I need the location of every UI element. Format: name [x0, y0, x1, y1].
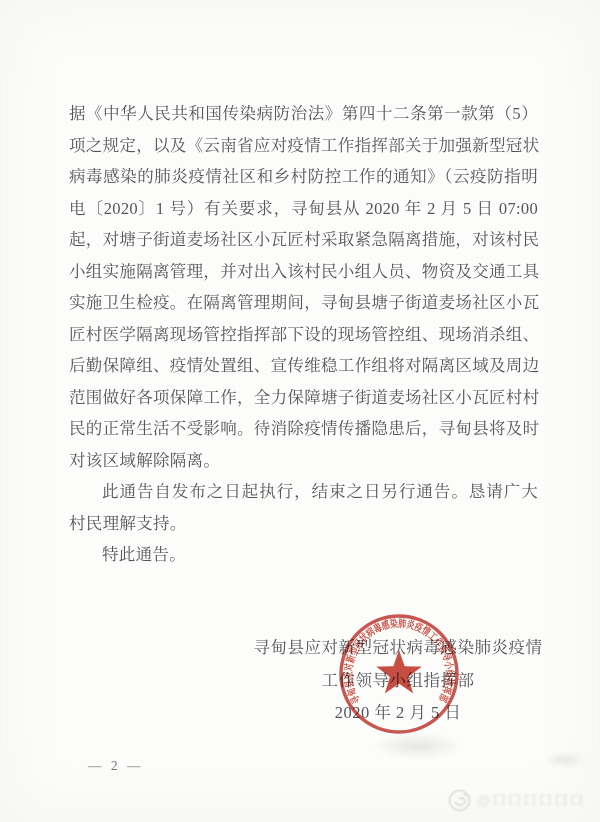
body-line: 小组实施隔离管理，并对出入该村民小组人员、物资及交通工具 — [69, 256, 538, 288]
official-seal-stamp: 寻甸县应对新型冠状病毒感染肺炎疫情工作领导小组指挥部 — [334, 609, 464, 739]
body-line: 此通告自发布之日起执行，结束之日另行通告。恳请广大 — [69, 476, 538, 508]
body-line: 范围做好各项保障工作，全力保障塘子街道麦场社区小瓦匠村村 — [69, 382, 538, 414]
page-number: — 2 — — [88, 758, 144, 774]
body-line: 起，对塘子街道麦场社区小瓦匠村采取紧急隔离措施，对该村民 — [69, 224, 538, 256]
body-line: 特此通告。 — [69, 539, 538, 571]
scan-smudge — [372, 733, 464, 759]
body-line: 对该区域解除隔离。 — [69, 445, 538, 477]
watermark: @口口口口口口 — [447, 787, 585, 813]
body-line: 匠村医学隔离现场管控指挥部下设的现场管控组、现场消杀组、 — [69, 319, 538, 351]
notice-body-text: 据《中华人民共和国传染病防治法》第四十二条第一款第（5） 项之规定，以及《云南省… — [69, 98, 538, 571]
weibo-logo-icon — [447, 788, 472, 813]
body-line: 民的正常生活不受影响。待消除疫情传播隐患后，寻甸县将及时 — [69, 413, 538, 445]
watermark-illegible-text: @口口口口口口 — [477, 790, 585, 810]
body-line: 电〔2020〕1 号）有关要求，寻甸县从 2020 年 2 月 5 日 07:0… — [69, 193, 538, 225]
body-line: 项之规定，以及《云南省应对疫情工作指挥部关于加强新型冠状 — [69, 130, 538, 162]
scan-smudge — [545, 752, 585, 768]
body-line: 后勤保障组、疫情处置组、宣传维稳工作组将对隔离区域及周边 — [69, 350, 538, 382]
body-line: 据《中华人民共和国传染病防治法》第四十二条第一款第（5） — [69, 98, 538, 130]
body-line: 实施卫生检疫。在隔离管理期间，寻甸县塘子街道麦场社区小瓦 — [69, 287, 538, 319]
body-line: 村民理解支持。 — [69, 508, 538, 540]
scanned-document-page: 据《中华人民共和国传染病防治法》第四十二条第一款第（5） 项之规定，以及《云南省… — [0, 0, 600, 822]
seal-star-icon — [376, 650, 422, 693]
body-line: 病毒感染的肺炎疫情社区和乡村防控工作的通知》（云疫防指明 — [69, 161, 538, 193]
